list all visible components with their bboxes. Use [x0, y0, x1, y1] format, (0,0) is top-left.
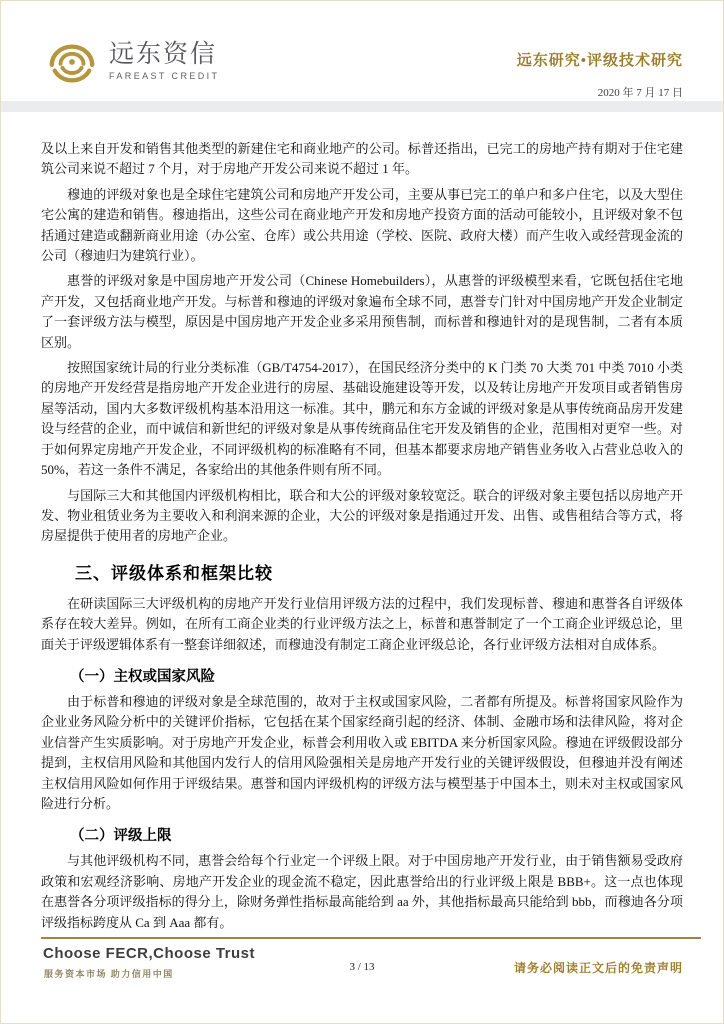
paragraph: 在研读国际三大评级机构的房地产开发行业信用评级方法的过程中，我们发现标普、穆迪和…: [41, 594, 683, 655]
brand-logo-text: 远东资信 FAREAST CREDIT: [109, 41, 219, 82]
footer-divider-line: [41, 937, 701, 939]
paragraph: 惠誉的评级对象是中国房地产开发公司（Chinese Homebuilders），…: [41, 271, 683, 353]
brand-logo: 远东资信 FAREAST CREDIT: [45, 37, 219, 85]
fareast-credit-logo-icon: [45, 37, 99, 85]
paragraph-continuation: 及以上来自开发和销售其他类型的新建住宅和商业地产的公司。标普还指出，已完工的房地…: [41, 139, 683, 180]
subsection-heading-sovereign-risk: （一）主权或国家风险: [41, 665, 683, 686]
brand-name-english: FAREAST CREDIT: [109, 71, 219, 81]
paragraph: 与国际三大和其他国内评级机构相比，联合和大公的评级对象较宽泛。联合的评级对象主要…: [41, 486, 683, 547]
logo-center-dot: [69, 59, 75, 65]
document-body: 及以上来自开发和销售其他类型的新建住宅和商业地产的公司。标普还指出，已完工的房地…: [41, 113, 683, 938]
paragraph: 与其他评级机构不同，惠誉会给每个行业定一个评级上限。对于中国房地产开发行业，由于…: [41, 851, 683, 933]
report-series-title: 远东研究•评级技术研究: [517, 49, 683, 70]
header-divider-bar: [1, 101, 723, 112]
section-heading: 三、评级体系和框架比较: [41, 559, 683, 584]
subsection-heading-rating-cap: （二）评级上限: [41, 824, 683, 845]
paragraph: 按照国家统计局的行业分类标准（GB/T4754-2017），在国民经济分类中的 …: [41, 358, 683, 480]
footer-slogan-english: Choose FECR,Choose Trust: [43, 945, 255, 962]
report-page: 远东资信 FAREAST CREDIT 远东研究•评级技术研究 2020 年 7…: [0, 0, 724, 1024]
brand-name-chinese: 远东资信: [109, 41, 219, 69]
footer-disclaimer: 请务必阅读正文后的免责声明: [514, 959, 683, 976]
paragraph: 穆迪的评级对象也是全球住宅建筑公司和房地产开发公司，主要从事已完工的单户和多户住…: [41, 185, 683, 267]
paragraph: 由于标普和穆迪的评级对象是全球范围的，故对于主权或国家风险，二者都有所提及。标普…: [41, 692, 683, 814]
report-date: 2020 年 7 月 17 日: [598, 84, 683, 100]
